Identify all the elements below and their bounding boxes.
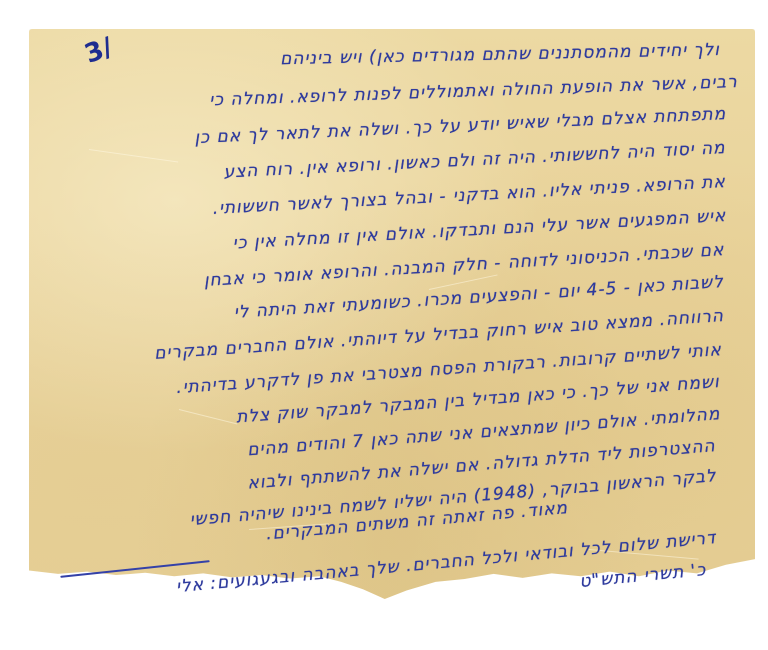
paper-fiber bbox=[89, 149, 178, 163]
paper-fiber bbox=[179, 409, 237, 424]
